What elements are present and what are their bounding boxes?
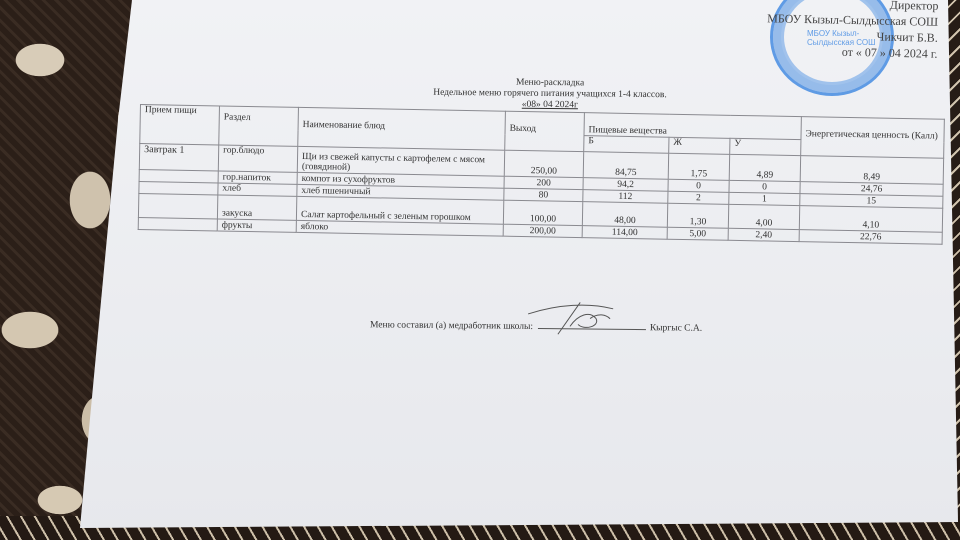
signature-block: Меню составил (а) медработник школы: Кыр… [370,316,702,333]
meal-cell: Завтрак 1 [139,144,218,171]
col-dish: Наименование блюд [298,107,506,150]
approval-block: Директор МБОУ Кызыл-Сылдысская СОШ Чикчи… [766,0,938,62]
carbs-cell: 4,89 [729,154,800,181]
col-section: Раздел [219,106,299,146]
fat-cell: 1,75 [668,153,729,180]
col-meal: Прием пищи [140,105,220,145]
section-cell: гор.напиток [218,171,297,184]
yield-cell: 100,00 [503,200,582,225]
col-yield: Выход [505,111,585,151]
dish-cell: Щи из свежей капусты с картофелем с мясо… [297,146,504,176]
section-cell: закуска [217,195,296,220]
carbs-cell: 2,40 [728,228,799,241]
yield-cell: 200,00 [503,224,582,237]
col-nutrients: Пищевые вещества [584,113,801,140]
protein-cell: 48,00 [582,202,667,228]
document-header: Меню-раскладка Недельное меню горячего п… [380,76,720,113]
fat-cell: 1,30 [667,203,728,228]
energy-cell: 22,76 [799,230,942,245]
yield-cell: 250,00 [504,150,583,177]
menu-table: Прием пищи Раздел Наименование блюд Выхо… [138,104,945,245]
section-cell: фрукты [217,219,296,232]
fat-cell: 0 [668,179,729,192]
energy-cell: 4,10 [799,206,942,233]
col-fat: Ж [669,137,730,154]
protein-cell: 84,75 [583,152,668,180]
col-protein: Б [584,136,669,154]
carbs-cell: 4,00 [728,204,799,229]
section-cell: гор.блюдо [218,145,297,172]
fat-cell: 2 [668,191,729,204]
protein-cell: 114,00 [582,226,667,240]
col-carbs: У [730,138,801,155]
energy-cell: 8,49 [800,156,943,185]
empty-cell [138,217,217,230]
signature-name: Кыргыс С.А. [650,323,702,334]
signature-line [537,318,645,330]
dish-cell: яблоко [296,220,503,236]
document: МБОУ Кызыл-Сылдысская СОШ Директор МБОУ … [0,0,960,540]
handwritten-signature-icon [517,296,637,337]
col-energy: Энергетическая ценность (Калл) [801,117,945,159]
dish-cell: Салат картофельный с зеленым горошком [296,196,503,224]
signature-label: Меню составил (а) медработник школы: [370,320,533,332]
menu-table-container: Прием пищи Раздел Наименование блюд Выхо… [138,104,945,245]
empty-cell [138,193,217,218]
fat-cell: 5,00 [667,227,728,240]
